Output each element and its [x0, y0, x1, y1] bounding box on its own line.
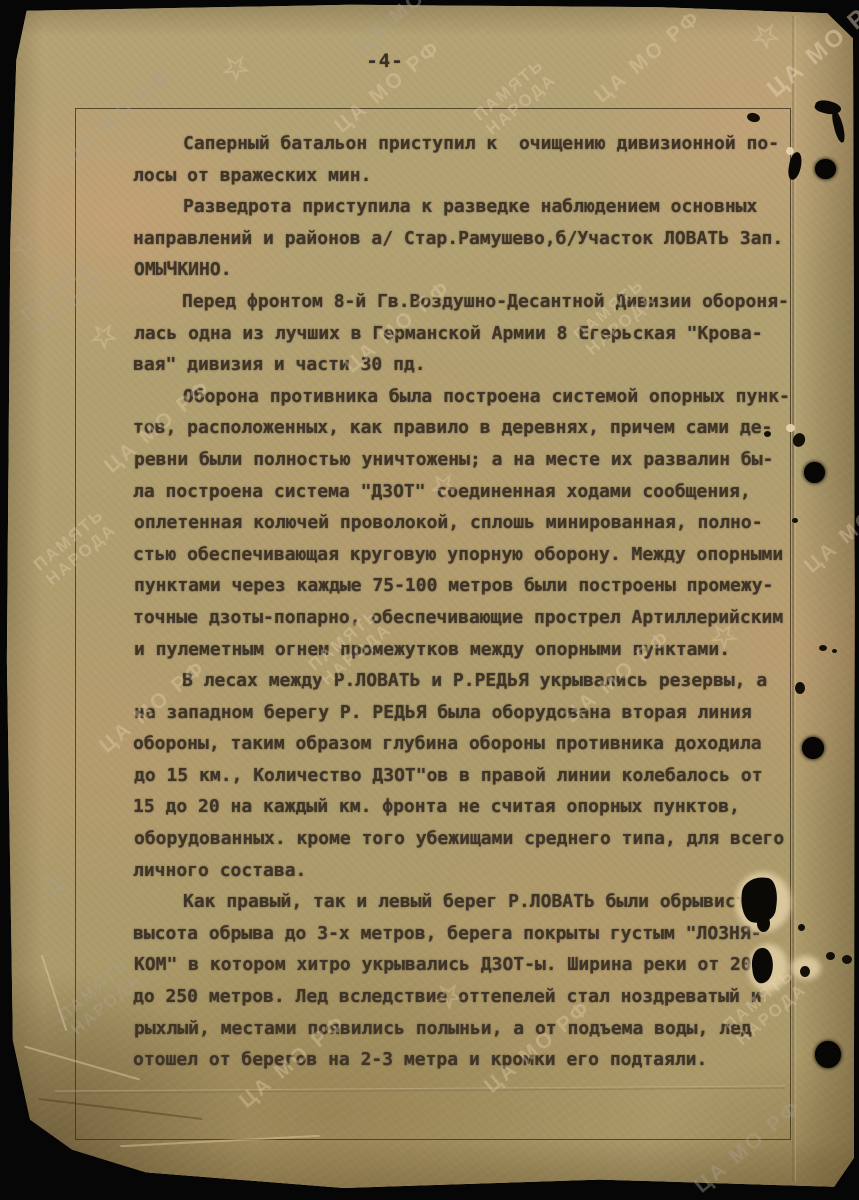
dark-speck: [826, 952, 835, 960]
text-line: 15 до 20 на каждый км. фронта не считая …: [133, 791, 813, 823]
text-line: вая" дивизия и части 30 пд.: [133, 349, 813, 381]
dark-speck: [798, 924, 805, 931]
text-line: ОМЫЧКИНО.: [134, 254, 814, 286]
text-line: стью обеспечивающая круговую упорную обо…: [133, 539, 813, 571]
text-line: высота обрыва до 3-х метров, берега покр…: [133, 918, 813, 950]
tear-mark: [830, 109, 847, 143]
light-tear-speck: [786, 424, 795, 432]
text-line: Перед фронтом 8-й Гв.Воздушно-Десантной …: [133, 286, 813, 318]
punch-hole: [802, 737, 824, 759]
text-line: В лесах между Р.ЛОВАТЬ и Р.РЕДЬЯ укрывал…: [133, 665, 813, 697]
text-line: тов, расположенных, как правило в деревн…: [133, 412, 813, 444]
text-line: Как правый, так и левый берег Р.ЛОВАТЬ б…: [134, 886, 814, 918]
text-line: до 250 метров. Лед вследствие оттепелей …: [133, 981, 813, 1013]
punch-hole: [815, 159, 836, 179]
light-tear-speck: [786, 147, 794, 155]
text-line: лась одна из лучших в Германской Армии 8…: [134, 318, 814, 350]
text-line: ревни были полностью уничтожены; а на ме…: [134, 444, 814, 476]
text-line: точные дзоты-попарно, обеспечивающие про…: [133, 602, 813, 634]
text-line: Саперный батальон приступил к очищению д…: [134, 128, 814, 160]
dark-speck: [832, 649, 837, 653]
text-line: на западном берегу Р. РЕДЬЯ была оборудо…: [134, 697, 814, 729]
dark-speck: [792, 518, 798, 523]
dark-speck: [842, 955, 852, 964]
text-line: Оборона противника была построена систем…: [134, 381, 814, 413]
text-line: отошел от берегов на 2-3 метра и кромки …: [133, 1044, 813, 1076]
dark-speck: [819, 645, 827, 651]
dark-speck: [795, 682, 805, 694]
text-line: ла построена система "ДЗОТ" соединенная …: [133, 476, 813, 508]
text-line: оборудованных. кроме того убежищами сред…: [134, 823, 814, 855]
text-line: рыхлый, местами появились полыньи, а от …: [134, 1013, 814, 1045]
scanned-archive-page: -4- Саперный батальон приступил к очищен…: [0, 0, 859, 1200]
paper-sheet: -4- Саперный батальон приступил к очищен…: [0, 0, 859, 1200]
text-line: оплетенная колючей проволокой, сплошь ми…: [134, 507, 814, 539]
punch-hole: [804, 462, 825, 483]
text-line: и пулеметным огнем промежутков между опо…: [134, 634, 814, 666]
text-line: личного состава.: [133, 855, 813, 887]
text-line: Разведрота приступила к разведке наблюде…: [134, 191, 814, 223]
document-text: Саперный батальон приступил к очищению д…: [133, 128, 813, 1076]
crumple-ridge: [41, 955, 68, 1032]
page-number: -4-: [340, 50, 430, 72]
dark-speck: [800, 966, 810, 977]
text-line: обороны, таким образом глубина обороны п…: [133, 728, 813, 760]
tear-mark: [757, 915, 770, 932]
text-line: лосы от вражеских мин.: [133, 160, 813, 192]
punch-hole: [815, 1041, 841, 1068]
dark-speck: [764, 431, 771, 437]
text-line: КОМ" в котором хитро укрывались ДЗОТ-ы. …: [134, 949, 814, 981]
text-line: пунктами через каждые 75-100 метров были…: [134, 570, 814, 602]
text-line: до 15 км., Количество ДЗОТ"ов в правой л…: [134, 760, 814, 792]
text-line: направлений и районов а/ Стар.Рамушево,б…: [133, 223, 813, 255]
